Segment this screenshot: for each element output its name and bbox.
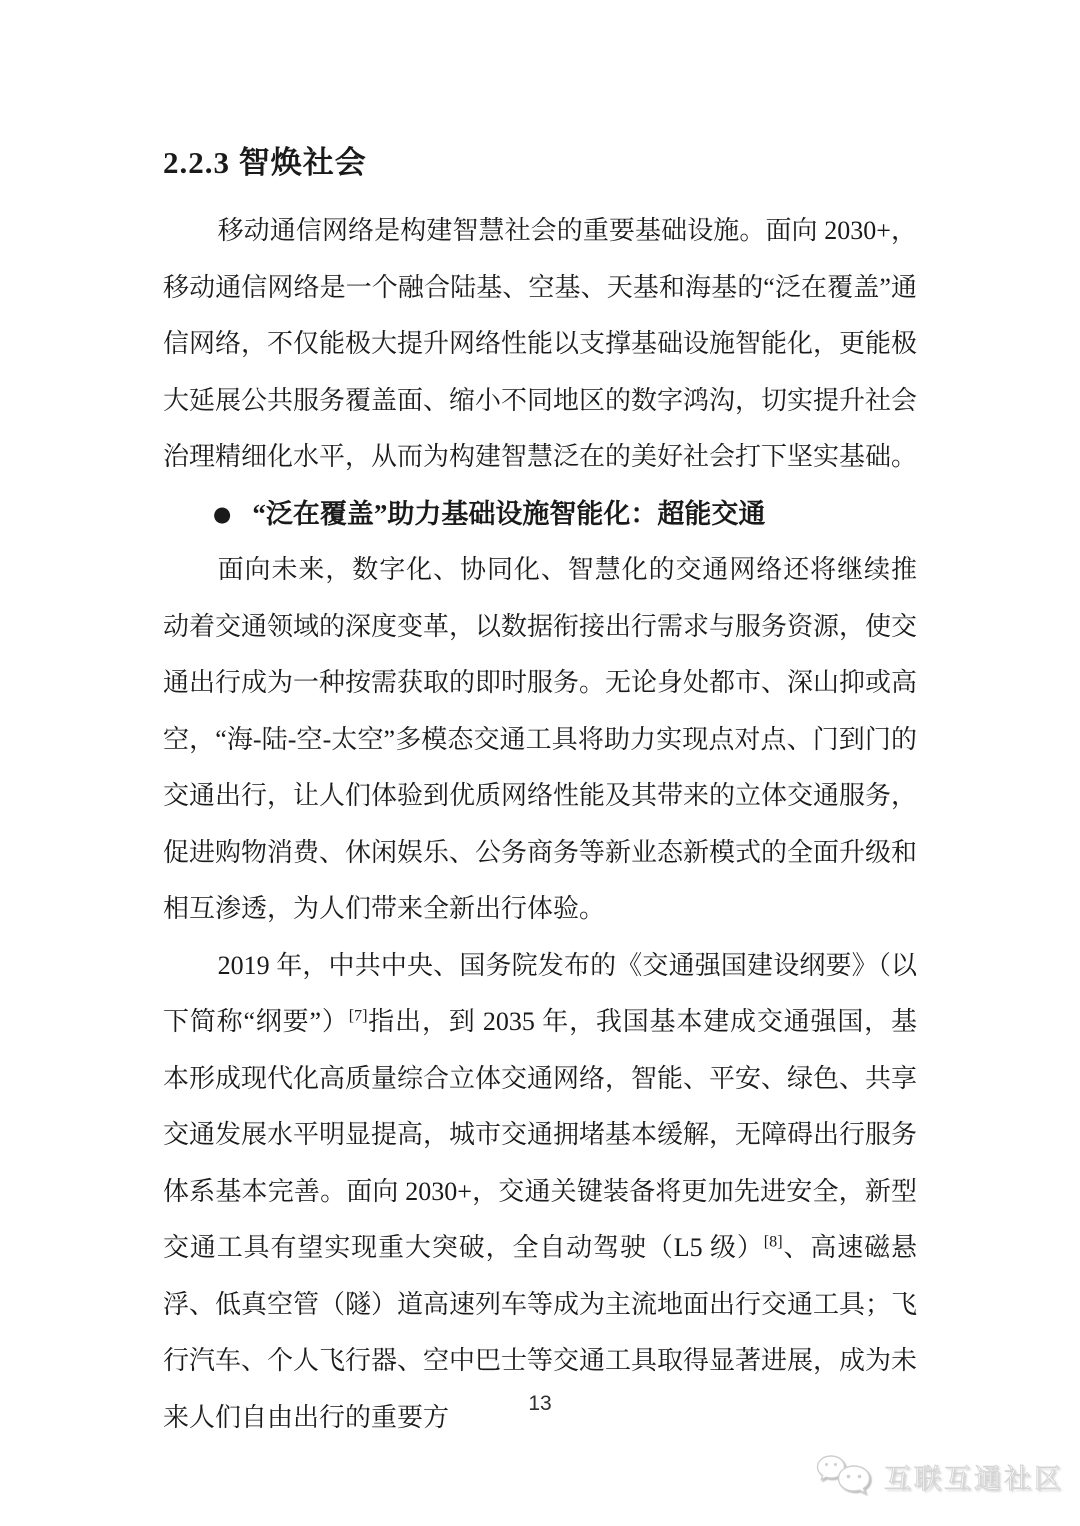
watermark-label: 互联互通社区 — [884, 1457, 1064, 1496]
document-body: 2.2.3 智焕社会 移动通信网络是构建智慧社会的重要基础设施。面向 2030+… — [163, 141, 917, 1446]
bullet-heading-label: “泛在覆盖”助力基础设施智能化：超能交通 — [252, 499, 765, 529]
bullet-icon: ● — [213, 502, 231, 526]
page-number: 13 — [0, 1392, 1080, 1416]
paragraph-future-transport: 面向未来，数字化、协同化、智慧化的交通网络还将继续推动着交通领域的深度变革，以数… — [163, 542, 917, 938]
wechat-icon — [815, 1453, 875, 1499]
document-page: 2.2.3 智焕社会 移动通信网络是构建智慧社会的重要基础设施。面向 2030+… — [0, 0, 1080, 1526]
watermark: 互联互通社区 — [815, 1453, 1064, 1499]
section-heading: 2.2.3 智焕社会 — [163, 141, 917, 185]
bullet-heading: ●“泛在覆盖”助力基础设施智能化：超能交通 — [163, 486, 917, 543]
paragraph-intro: 移动通信网络是构建智慧社会的重要基础设施。面向 2030+，移动通信网络是一个融… — [163, 203, 917, 486]
paragraph-outline-2019: 2019 年，中共中央、国务院发布的《交通强国建设纲要》（以下简称“纲要”）[7… — [163, 938, 917, 1447]
